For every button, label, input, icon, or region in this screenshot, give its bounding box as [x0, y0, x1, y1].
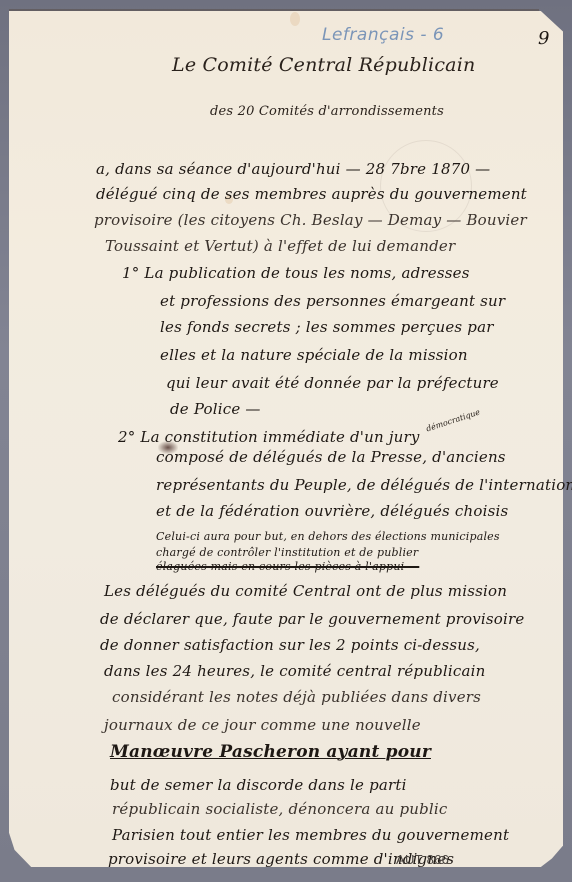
manuscript-line: elles et la nature spéciale de la missio…	[160, 346, 468, 364]
manuscript-line: Toussaint et Vertut) à l'effet de lui de…	[105, 237, 455, 255]
document-title: Le Comité Central Républicain	[172, 54, 475, 76]
manuscript-line-struck: chargé de contrôler l'institution et de …	[156, 546, 418, 559]
manuscript-line: et de la fédération ouvrière, délégués c…	[156, 502, 508, 520]
manuscript-line: les fonds secrets ; les sommes perçues p…	[160, 318, 494, 336]
manuscript-line: Celui-ci aura pour but, en dehors des él…	[156, 530, 500, 543]
manuscript-line: Parisien tout entier les membres du gouv…	[112, 826, 509, 844]
manuscript-line: provisoire (les citoyens Ch. Beslay — De…	[94, 211, 527, 229]
archive-pencil-note: Lefrançais - 6	[322, 25, 444, 45]
manuscript-line: a, dans sa séance d'aujourd'hui — 28 7br…	[96, 160, 490, 178]
manuscript-line: délégué cinq de ses membres auprès du go…	[96, 185, 527, 203]
document-subtitle: des 20 Comités d'arrondissements	[210, 104, 444, 119]
shelfmark-label: AUT 866	[396, 852, 449, 867]
manuscript-line: de donner satisfaction sur les 2 points …	[100, 636, 480, 654]
manuscript-line: qui leur avait été donnée par la préfect…	[166, 374, 499, 392]
list-item-1: 1° La publication de tous les noms, adre…	[122, 264, 470, 282]
paper-stain	[290, 12, 300, 26]
manuscript-line: considérant les notes déjà publiées dans…	[112, 688, 481, 706]
manuscript-line: composé de délégués de la Presse, d'anci…	[156, 448, 506, 466]
folio-number: 9	[538, 28, 549, 49]
manuscript-line-struck: élaguées mais en cours les pièces à l'ap…	[156, 560, 419, 573]
manuscript-line: et professions des personnes émargeant s…	[160, 292, 505, 310]
manuscript-line: journaux de ce jour comme une nouvelle	[104, 716, 421, 734]
manuscript-line: de déclarer que, faute par le gouverneme…	[100, 610, 524, 628]
manuscript-line: républicain socialiste, dénoncera au pub…	[112, 800, 448, 818]
manuscript-line: dans les 24 heures, le comité central ré…	[104, 662, 485, 680]
manuscript-line-underlined: Manœuvre Pascheron ayant pour	[110, 742, 431, 762]
manuscript-line: représentants du Peuple, de délégués de …	[156, 476, 572, 494]
manuscript-line: de Police —	[170, 400, 261, 418]
manuscript-line: but de semer la discorde dans le parti	[110, 776, 407, 794]
manuscript-line: Les délégués du comité Central ont de pl…	[104, 582, 507, 600]
